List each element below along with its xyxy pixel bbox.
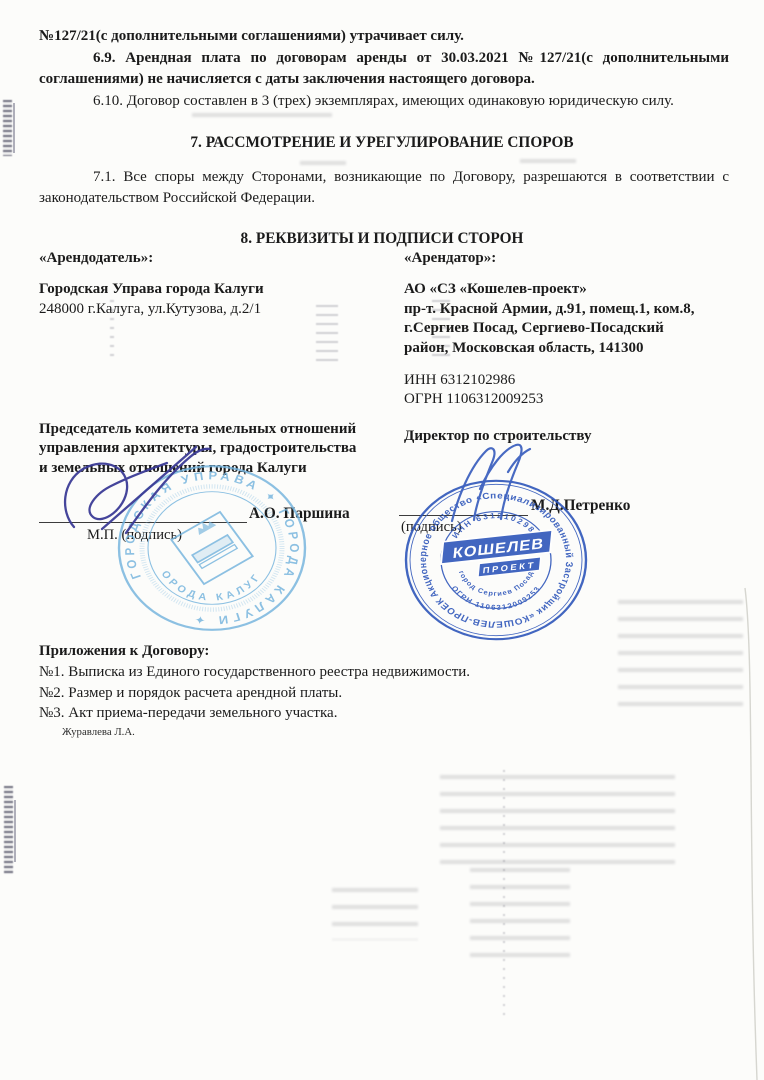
tenant-ogrn: ОГРН 1106312009253: [404, 390, 731, 409]
tenant-label: «Арендатор»:: [404, 249, 731, 269]
koshelev-logo: КОШЕЛЕВ ПРОЕКТ: [434, 530, 558, 581]
landlord-mp-label: М.П. (подпись): [87, 527, 182, 544]
clause-6-9: 6.9. Арендная плата по договорам аренды …: [39, 48, 729, 91]
scan-curl-line: [745, 588, 757, 1080]
attachments-title: Приложения к Договору:: [39, 641, 729, 661]
section-7-heading: 7. РАССМОТРЕНИЕ И УРЕГУЛИРОВАНИЕ СПОРОВ: [0, 134, 764, 152]
tenant-seal-city-arc: город Сергиев Посад: [457, 570, 536, 598]
svg-text:Акционерное общество «Специали: Акционерное общество «Специализированный…: [385, 462, 607, 657]
koshelev-logo-text: КОШЕЛЕВ: [452, 536, 545, 562]
scanned-contract-page: №127/21(с дополнительными соглашениями) …: [0, 0, 764, 1080]
clause-6-block: №127/21(с дополнительными соглашениями) …: [39, 26, 729, 112]
tenant-inn: ИНН 6312102986: [404, 371, 731, 390]
tenant-address: пр-т. Красной Армии, д.91, помещ.1, ком.…: [404, 300, 731, 359]
landlord-column: «Арендодатель»: Городская Управа города …: [39, 249, 404, 409]
tenant-seal-ogrn-arc: ОГРН 1106312009253: [449, 584, 542, 611]
tenant-seal-ring-text: Акционерное общество «Специализированный…: [385, 462, 607, 657]
svg-text:ГОРОДА КАЛУГИ: ГОРОДА КАЛУГИ: [158, 541, 264, 604]
tenant-column: «Арендатор»: АО «СЗ «Кошелев-проект» пр-…: [404, 249, 731, 409]
bleed-smudge: [440, 775, 675, 865]
tenant-name: АО «СЗ «Кошелев-проект»: [404, 280, 731, 300]
landlord-seal-inner-text: ГОРОДА КАЛУГИ: [158, 541, 264, 604]
landlord-signature-line: [39, 522, 247, 523]
tenant-signature-line: [399, 515, 528, 516]
tenant-seal: Акционерное общество «Специализированный…: [385, 462, 607, 657]
svg-text:ОГРН 1106312009253: ОГРН 1106312009253: [449, 584, 542, 611]
attachments-block: Приложения к Договору: №1. Выписка из Ед…: [39, 641, 729, 723]
signer-titles: Председатель комитета земельных отношени…: [39, 420, 731, 478]
scan-artifact-left-bottom: [4, 786, 13, 874]
parties-requisites: «Арендодатель»: Городская Управа города …: [39, 249, 731, 409]
proekt-logo-text: ПРОЕКТ: [482, 560, 536, 575]
landlord-address: 248000 г.Калуга, ул.Кутузова, д.2/1: [39, 300, 404, 320]
landlord-signer-title: Председатель комитета земельных отношени…: [39, 420, 404, 478]
landlord-name: Городская Управа города Калуги: [39, 280, 404, 300]
attachment-item: №1. Выписка из Единого государственного …: [39, 662, 729, 682]
clause-7-1: 7.1. Все споры между Сторонами, возникаю…: [39, 167, 729, 210]
svg-text:город Сергиев Посад: город Сергиев Посад: [457, 570, 536, 598]
tenant-ids: ИНН 6312102986 ОГРН 1106312009253: [404, 371, 731, 409]
tenant-sign-label: (подпись): [401, 519, 462, 536]
tenant-signer-name: М.Д.Петренко: [531, 497, 630, 515]
bleed-smudge: [470, 868, 570, 963]
landlord-label: «Арендодатель»:: [39, 249, 404, 269]
landlord-signer-name: А.О. Паршина: [249, 505, 350, 523]
bleed-smudge: [332, 888, 418, 940]
clause-6-10: 6.10. Договор составлен в 3 (трех) экзем…: [39, 91, 729, 113]
executor-name: Журавлева Л.А.: [62, 726, 135, 738]
bleed-smudge: [503, 770, 505, 1020]
section-8-heading: 8. РЕКВИЗИТЫ И ПОДПИСИ СТОРОН: [0, 230, 764, 248]
tenant-signer-title: Директор по строительству: [404, 420, 731, 478]
attachment-item: №2. Размер и порядок расчета арендной пл…: [39, 683, 729, 703]
scan-artifact-left-bottom-line: [14, 800, 16, 862]
bleed-smudge: [192, 113, 332, 124]
clause-6-8-tail: №127/21(с дополнительными соглашениями) …: [39, 26, 729, 48]
attachment-item: №3. Акт приема-передачи земельного участ…: [39, 703, 729, 723]
